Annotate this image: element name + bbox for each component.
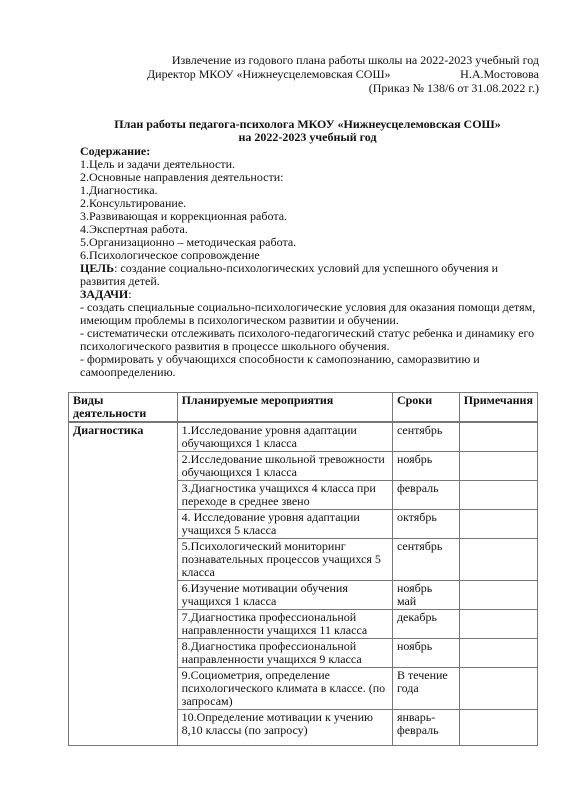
plan-table: Виды деятельности Планируемые мероприяти… — [68, 392, 538, 746]
header-notes: Примечания — [459, 393, 537, 423]
header-activity-type: Виды деятельности — [69, 393, 178, 423]
table-body: Диагностика1.Исследование уровня адаптац… — [69, 422, 538, 746]
term-cell: февраль — [392, 481, 459, 510]
term-cell: ноябрь — [392, 452, 459, 481]
activity-cell: 3.Диагностика учащихся 4 класса при пере… — [177, 481, 392, 510]
task-item: - систематически отслеживать психолого-п… — [80, 327, 540, 353]
term-cell: ноябрь май — [392, 581, 459, 610]
goal-label: ЦЕЛЬ — [80, 261, 114, 275]
note-cell — [459, 610, 537, 639]
task-item: - создать специальные социально-психолог… — [80, 301, 540, 327]
term-cell: ноябрь — [392, 639, 459, 668]
term-cell: декабрь — [392, 610, 459, 639]
activity-cell: 4. Исследование уровня адаптации учащихс… — [177, 510, 392, 539]
activity-cell: 5.Психологический мониторинг познаватель… — [177, 539, 392, 581]
activity-cell: 10.Определение мотивации к учению 8,10 к… — [177, 710, 392, 746]
approval-block: Извлечение из годового плана работы школ… — [119, 53, 539, 95]
task-item: - формировать у обучающихся способности … — [80, 353, 540, 379]
note-cell — [459, 510, 537, 539]
term-cell: январь- февраль — [392, 710, 459, 746]
contents-list: 1.Цель и задачи деятельности. 2.Основные… — [80, 158, 540, 262]
note-cell — [459, 581, 537, 610]
activity-cell: 8.Диагностика профессиональной направлен… — [177, 639, 392, 668]
table-row: Диагностика1.Исследование уровня адаптац… — [69, 422, 538, 452]
document-body: Содержание: 1.Цель и задачи деятельности… — [80, 145, 540, 379]
section-diagnostics: Диагностика — [69, 422, 178, 746]
note-cell — [459, 639, 537, 668]
goal-paragraph: ЦЕЛЬ: создание социально-психологических… — [80, 262, 540, 288]
approval-line-1: Извлечение из годового плана работы школ… — [119, 53, 539, 67]
note-cell — [459, 422, 537, 452]
note-cell — [459, 539, 537, 581]
note-cell — [459, 481, 537, 510]
title-line-2: на 2022-2023 учебный год — [90, 131, 525, 144]
activity-cell: 7.Диагностика профессиональной направлен… — [177, 610, 392, 639]
goal-text: : создание социально-психологических усл… — [80, 261, 498, 288]
document-title: План работы педагога-психолога МКОУ «Ниж… — [60, 118, 525, 144]
activity-cell: 1.Исследование уровня адаптации обучающи… — [177, 422, 392, 452]
term-cell: сентябрь — [392, 422, 459, 452]
term-cell: сентябрь — [392, 539, 459, 581]
header-planned-events: Планируемые мероприятия — [177, 393, 392, 423]
director-name: Н.А.Мостовова — [460, 67, 539, 81]
term-cell: октябрь — [392, 510, 459, 539]
term-cell: В течение года — [392, 668, 459, 710]
director-label: Директор МКОУ «Нижнеусцелемовская СОШ» — [147, 67, 391, 81]
note-cell — [459, 452, 537, 481]
header-terms: Сроки — [392, 393, 459, 423]
note-cell — [459, 710, 537, 746]
approval-line-2: Директор МКОУ «Нижнеусцелемовская СОШ» Н… — [119, 67, 539, 81]
order-reference: (Приказ № 138/6 от 31.08.2022 г.) — [119, 81, 539, 95]
tasks-label: ЗАДАЧИ — [80, 287, 128, 301]
activity-cell: 9.Социометрия, определение психологическ… — [177, 668, 392, 710]
note-cell — [459, 668, 537, 710]
table-header-row: Виды деятельности Планируемые мероприяти… — [69, 393, 538, 423]
activity-cell: 6.Изучение мотивации обучения учащихся 1… — [177, 581, 392, 610]
activity-cell: 2.Исследование школьной тревожности обуч… — [177, 452, 392, 481]
document-page: Извлечение из годового плана работы школ… — [0, 0, 566, 800]
